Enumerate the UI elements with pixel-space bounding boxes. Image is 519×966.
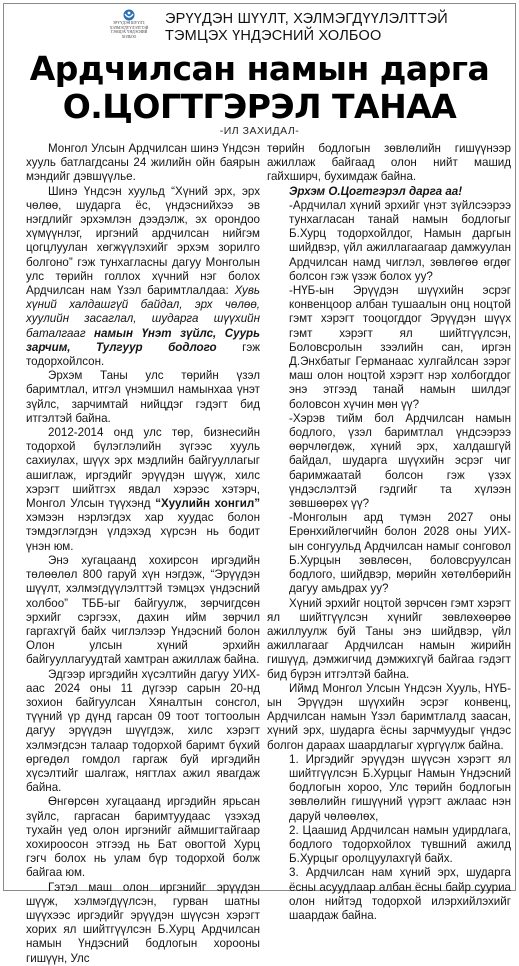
paragraph: Эрхэм Таны улс төрийн үзэл баримтлал, ит…	[26, 369, 260, 426]
newspaper-page: ЭРҮҮДЭН ШҮҮЛТ, ХЭЛМЭГДҮҮЛЭЛТТЭЙ ТЭМЦЭХ Ү…	[3, 3, 516, 891]
paragraph: Монгол Улсын Ардчилсан шинэ Үндсэн хууль…	[26, 142, 260, 185]
logo-caption: ЭРҮҮДЭН ШҮҮЛТ, ХЭЛМЭГДҮҮЛЭЛТТЭЙ ТЭМЦЭХ Ү…	[103, 21, 155, 39]
question: -НҮБ-ын Эрүүдэн шүүхийн эсрэг конвенцоор…	[267, 284, 511, 412]
question: -Монголын ард түмэн 2027 оны Ерөнхийлөгч…	[267, 511, 511, 596]
salutation: Эрхэм О.Цогтгэрэл дарга аа!	[267, 185, 511, 199]
article-title-line2: О.ЦОГТГЭРЭЛ ТАНАА	[4, 88, 515, 126]
right-column: төрийн бодлогын зөвлөлийн гишүүнээр ажил…	[267, 142, 511, 894]
paragraph: 2012-2014 онд улс төр, бизнесийн тодорхо…	[26, 426, 260, 554]
left-column: Монгол Улсын Ардчилсан шинэ Үндсэн хууль…	[26, 142, 260, 894]
question: -Хэрэв тийм бол Ардчилсан намын бодлого,…	[267, 412, 511, 511]
article-body: Монгол Улсын Ардчилсан шинэ Үндсэн хууль…	[4, 142, 515, 890]
paragraph: Өнгөрсөн хугацаанд иргэдийн ярьсан зүйлс…	[26, 795, 260, 880]
article-subtitle: -ИЛ ЗАХИДАЛ-	[4, 125, 515, 137]
bold-text: “Хуулийн хонгил”	[155, 497, 260, 510]
article-title-line1: Ардчилсан намын дарга	[4, 50, 515, 88]
paragraph: Энэ хугацаанд хохирсон иргэдийн төлөөлөл…	[26, 554, 260, 668]
text-span: хэмээн нэрлэгдэх хар хуудас болон тэмдэг…	[26, 511, 260, 552]
organization-name-line1: ЭРҮҮДЭН ШҮҮЛТ, ХЭЛМЭГДҮҮЛЭЛТТЭЙ	[165, 11, 448, 28]
paragraph: Эдгээр иргэдийн хүсэлтийн дагуу УИХ-аас …	[26, 668, 260, 796]
page-header: ЭРҮҮДЭН ШҮҮЛТ, ХЭЛМЭГДҮҮЛЭЛТТЭЙ ТЭМЦЭХ Ү…	[4, 4, 515, 52]
text-span: Шинэ Үндсэн хуульд “Хүний эрх, эрх чөлөө…	[26, 185, 260, 297]
demand-item: 3. Ардчилсан нам хүний эрх, шударга ёсны…	[267, 866, 511, 894]
logo-caption-line: ХОЛБОО	[103, 35, 155, 40]
organization-logo: ЭРҮҮДЭН ШҮҮЛТ, ХЭЛМЭГДҮҮЛЭЛТТЭЙ ТЭМЦЭХ Ү…	[100, 9, 158, 49]
paragraph: Шинэ Үндсэн хуульд “Хүний эрх, эрх чөлөө…	[26, 185, 260, 370]
paragraph: Иймд Монгол Улсын Үндсэн Хууль, НҮБ-ын Э…	[267, 682, 511, 753]
paragraph: Хүний эрхийг ноцтой зөрчсөн гэмт хэрэгт …	[267, 597, 511, 682]
paragraph: Гэтэл маш олон иргэнийг эрүүдэн шүүж, хэ…	[26, 881, 260, 894]
paragraph: төрийн бодлогын зөвлөлийн гишүүнээр ажил…	[267, 142, 511, 185]
organization-name: ЭРҮҮДЭН ШҮҮЛТ, ХЭЛМЭГДҮҮЛЭЛТТЭЙ ТЭМЦЭХ Ү…	[165, 11, 448, 45]
question: -Ардчилал хүний эрхийг үнэт зүйлсээрээ т…	[267, 199, 511, 284]
organization-name-line2: ТЭМЦЭХ ҮНДЭСНИЙ ХОЛБОО	[165, 28, 448, 45]
article-title: Ардчилсан намын дарга О.ЦОГТГЭРЭЛ ТАНАА	[4, 50, 515, 126]
demand-item: 2. Цаашид Ардчилсан намын удирдлага, бод…	[267, 824, 511, 867]
demand-item: 1. Иргэдийг эрүүдэн шүүсэн хэрэгт ял ший…	[267, 753, 511, 824]
